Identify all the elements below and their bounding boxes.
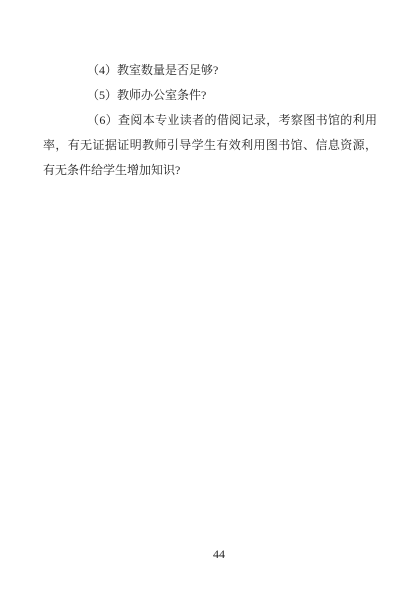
body-text-block: （4）教室数量是否足够? （5）教师办公室条件? （6）查阅本专业读者的借阅记录… <box>43 58 377 183</box>
body-paragraph-item-5: （5）教师办公室条件? <box>43 83 377 108</box>
body-paragraph-item-6: （6）查阅本专业读者的借阅记录，考察图书馆的利用率，有无证据证明教师引导学生有效… <box>43 108 377 183</box>
body-paragraph-item-4: （4）教室数量是否足够? <box>43 58 377 83</box>
page-number: 44 <box>203 546 235 562</box>
document-page: （4）教室数量是否足够? （5）教师办公室条件? （6）查阅本专业读者的借阅记录… <box>0 0 403 604</box>
